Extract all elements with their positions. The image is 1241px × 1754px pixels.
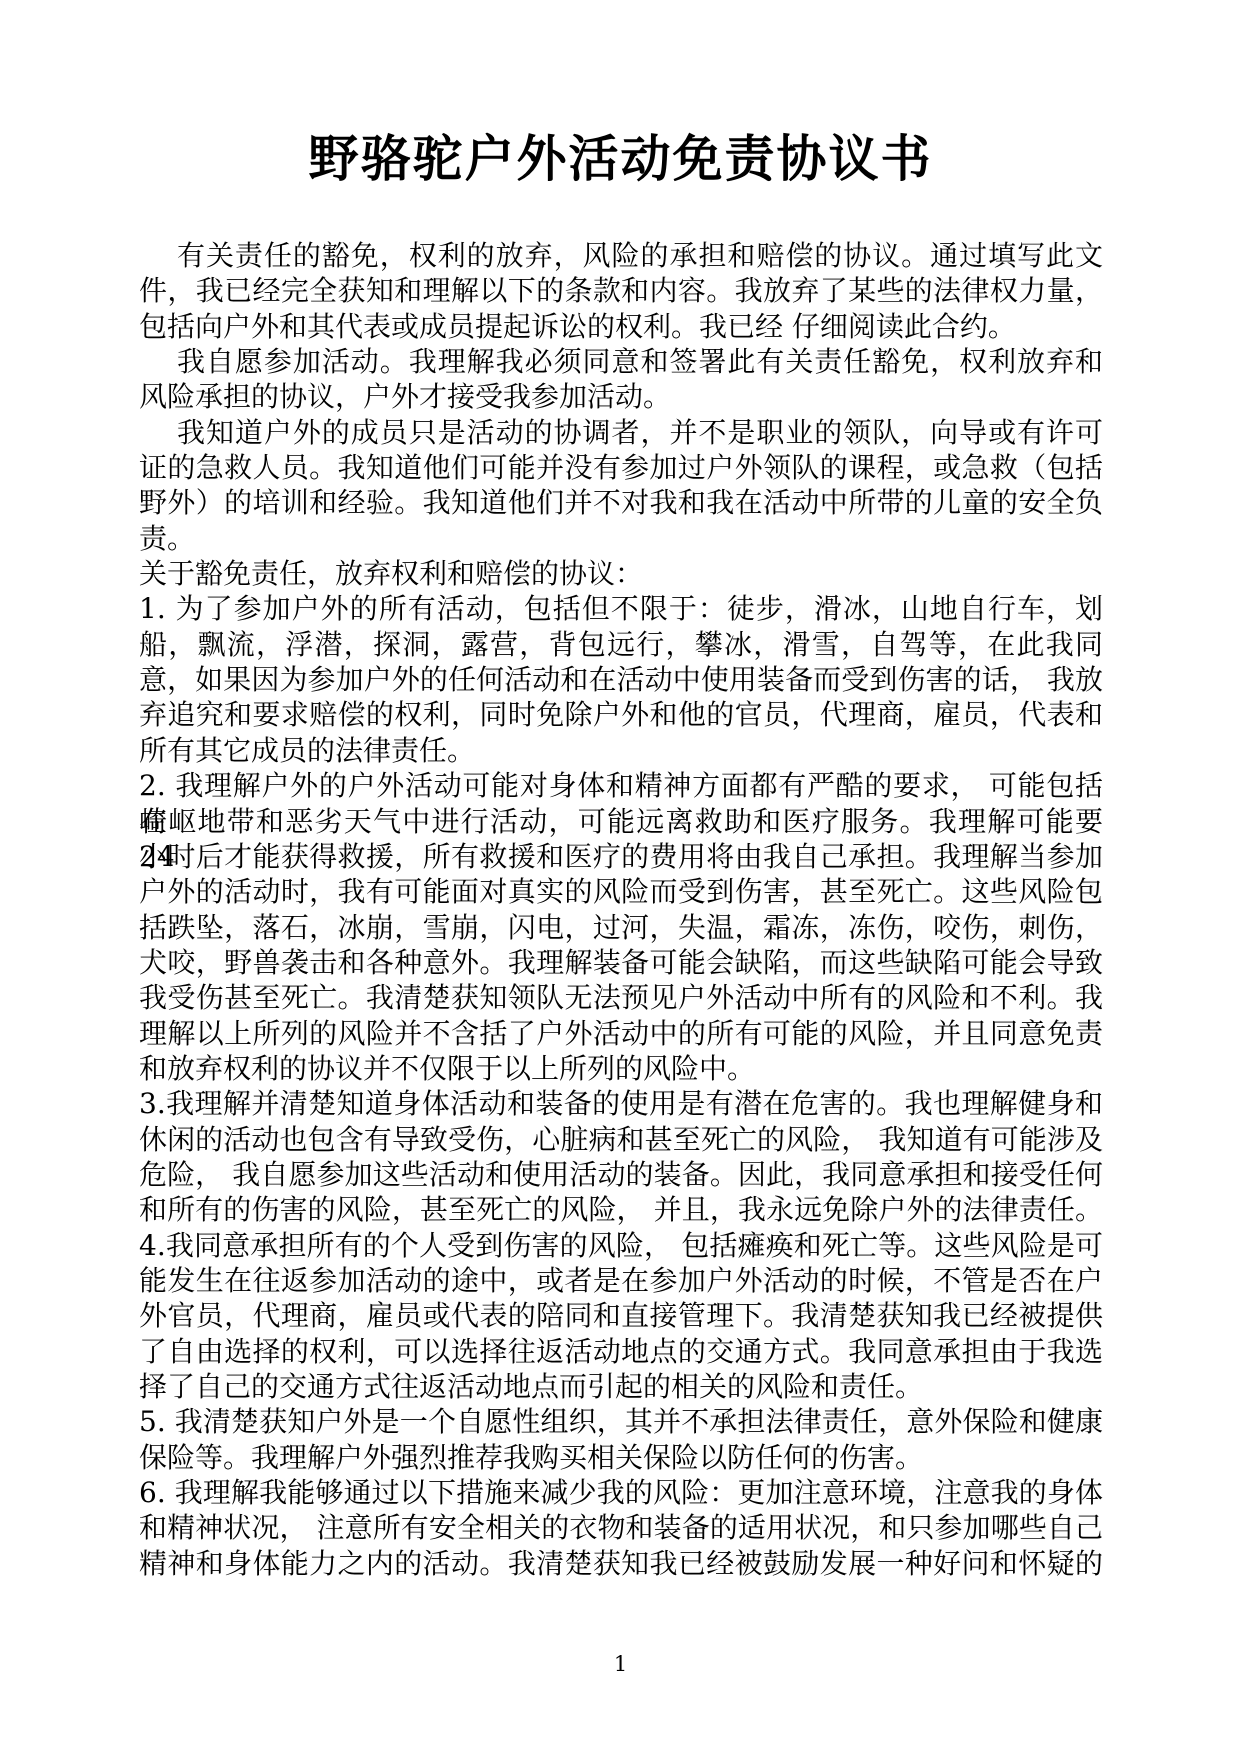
document-body: 有关责任的豁免，权利的放弃，风险的承担和赔偿的协议。通过填写此文件，我已经完全获…	[139, 238, 1103, 1581]
text-line: 5. 我清楚获知户外是一个自愿性组织，其并不承担法律责任，意外保险和健康	[139, 1404, 1103, 1439]
text-line: 3.我理解并清楚知道身体活动和装备的使用是有潜在危害的。我也理解健身和	[139, 1086, 1103, 1121]
page-number: 1	[0, 1650, 1241, 1678]
text-line: 保险等。我理解户外强烈推荐我购买相关保险以防任何的伤害。	[139, 1440, 1103, 1475]
text-line: 包括向户外和其代表或成员提起诉讼的权利。我已经 仔细阅读此合约。	[139, 309, 1103, 344]
text-line: 有关责任的豁免，权利的放弃，风险的承担和赔偿的协议。通过填写此文	[139, 238, 1103, 273]
text-line: 我知道户外的成员只是活动的协调者，并不是职业的领队，向导或有许可	[139, 415, 1103, 450]
text-line: 证的急救人员。我知道他们可能并没有参加过户外领队的课程，或急救（包括	[139, 450, 1103, 485]
text-line: 意，如果因为参加户外的任何活动和在活动中使用装备而受到伤害的话， 我放	[139, 662, 1103, 697]
text-line: 和所有的伤害的风险，甚至死亡的风险， 并且，我永远免除户外的法律责任。	[139, 1192, 1103, 1227]
text-line: 能发生在往返参加活动的途中，或者是在参加户外活动的时候，不管是否在户	[139, 1263, 1103, 1298]
text-line: 责。	[139, 521, 1103, 556]
text-line: 我受伤甚至死亡。我清楚获知领队无法预见户外活动中所有的风险和不利。我	[139, 980, 1103, 1015]
text-line: 4.我同意承担所有的个人受到伤害的风险， 包括瘫痪和死亡等。这些风险是可	[139, 1228, 1103, 1263]
text-line: 所有其它成员的法律责任。	[139, 733, 1103, 768]
document-page: 野骆驼户外活动免责协议书 有关责任的豁免，权利的放弃，风险的承担和赔偿的协议。通…	[0, 0, 1241, 1754]
text-line: 2. 我理解户外的户外活动可能对身体和精神方面都有严酷的要求， 可能包括在	[139, 768, 1103, 803]
text-line: 括跌坠，落石，冰崩，雪崩，闪电，过河，失温，霜冻，冻伤，咬伤，刺伤，	[139, 910, 1103, 945]
text-line: 风险承担的协议，户外才接受我参加活动。	[139, 379, 1103, 414]
text-line: 6. 我理解我能够通过以下措施来减少我的风险：更加注意环境，注意我的身体	[139, 1475, 1103, 1510]
text-line: 船，飘流，浮潜，探洞，露营，背包远行，攀冰，滑雪，自驾等，在此我同	[139, 627, 1103, 662]
text-line: 弃追究和要求赔偿的权利，同时免除户外和他的官员，代理商，雇员，代表和	[139, 697, 1103, 732]
text-line: 休闲的活动也包含有导致受伤，心脏病和甚至死亡的风险， 我知道有可能涉及	[139, 1122, 1103, 1157]
text-line: 件，我已经完全获知和理解以下的条款和内容。我放弃了某些的法律权力量，	[139, 273, 1103, 308]
text-line: 外官员，代理商，雇员或代表的陪同和直接管理下。我清楚获知我已经被提供	[139, 1298, 1103, 1333]
text-line: 关于豁免责任，放弃权利和赔偿的协议：	[139, 556, 1103, 591]
text-line: 野外）的培训和经验。我知道他们并不对我和我在活动中所带的儿童的安全负	[139, 485, 1103, 520]
text-line: 崎岖地带和恶劣天气中进行活动，可能远离救助和医疗服务。我理解可能要 24	[139, 804, 1103, 839]
text-line: 户外的活动时，我有可能面对真实的风险而受到伤害，甚至死亡。这些风险包	[139, 874, 1103, 909]
text-line: 我自愿参加活动。我理解我必须同意和签署此有关责任豁免，权利放弃和	[139, 344, 1103, 379]
text-line: 和精神状况， 注意所有安全相关的衣物和装备的适用状况，和只参加哪些自己	[139, 1510, 1103, 1545]
text-line: 精神和身体能力之内的活动。我清楚获知我已经被鼓励发展一种好问和怀疑的	[139, 1546, 1103, 1581]
text-line: 了自由选择的权利，可以选择往返活动地点的交通方式。我同意承担由于我选	[139, 1334, 1103, 1369]
text-line: 犬咬，野兽袭击和各种意外。我理解装备可能会缺陷，而这些缺陷可能会导致	[139, 945, 1103, 980]
text-line: 1. 为了参加户外的所有活动，包括但不限于：徒步，滑冰，山地自行车，划	[139, 591, 1103, 626]
text-line: 小时后才能获得救援，所有救援和医疗的费用将由我自己承担。我理解当参加	[139, 839, 1103, 874]
text-line: 和放弃权利的协议并不仅限于以上所列的风险中。	[139, 1051, 1103, 1086]
text-line: 择了自己的交通方式往返活动地点而引起的相关的风险和责任。	[139, 1369, 1103, 1404]
text-line: 危险， 我自愿参加这些活动和使用活动的装备。因此，我同意承担和接受任何	[139, 1157, 1103, 1192]
text-line: 理解以上所列的风险并不含括了户外活动中的所有可能的风险，并且同意免责	[139, 1016, 1103, 1051]
document-title: 野骆驼户外活动免责协议书	[0, 130, 1241, 188]
